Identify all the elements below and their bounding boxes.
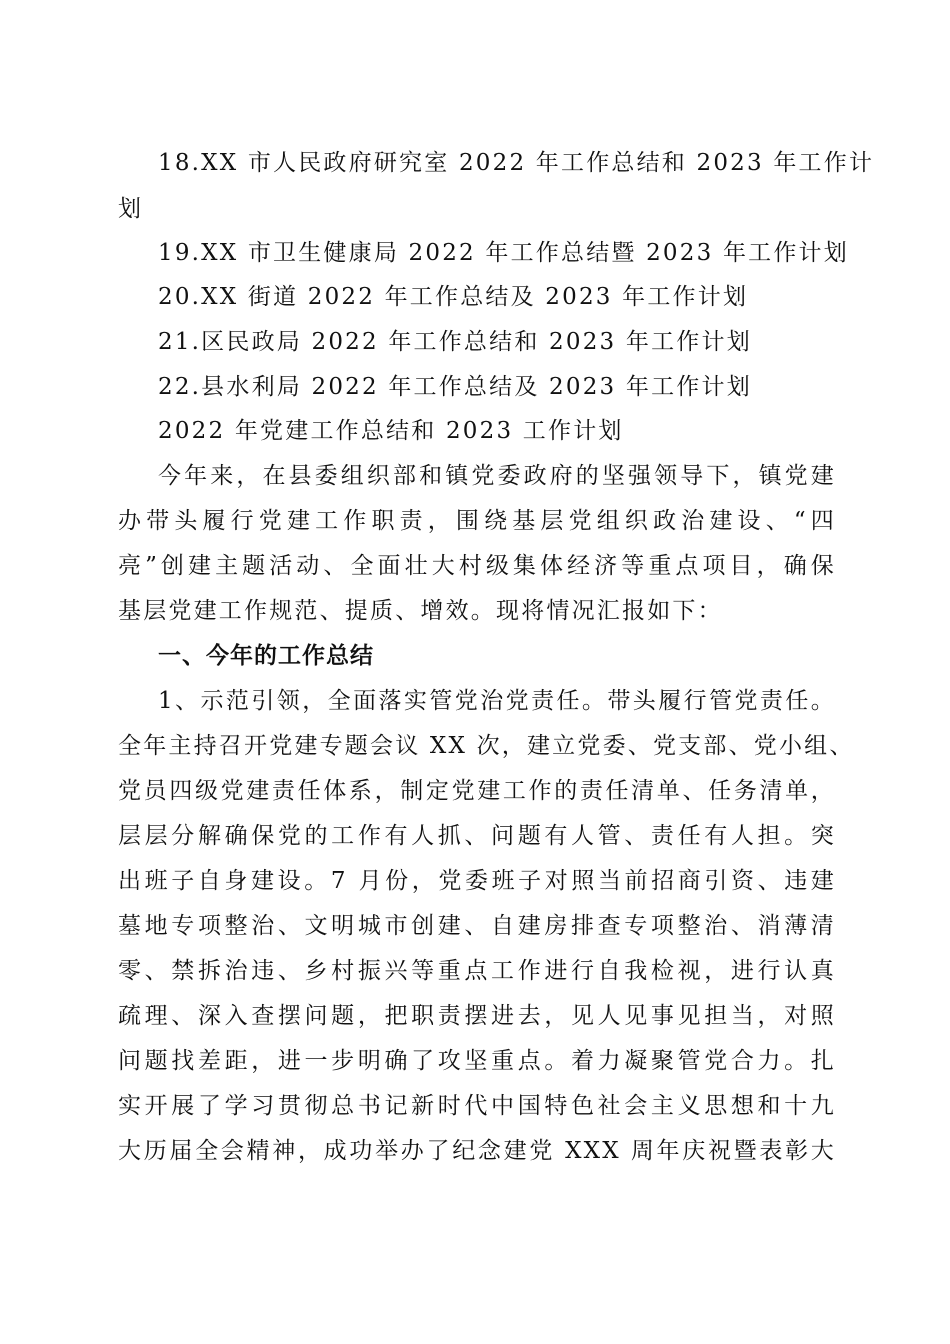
section-paragraph-line: 层层分解确保党的工作有人抓、问题有人管、责任有人担。突 [118,813,836,859]
section-paragraph-line: 零、禁拆治违、乡村振兴等重点工作进行自我检视，进行认真 [118,948,836,994]
section-paragraph-line: 大历届全会精神，成功举办了纪念建党 XXX 周年庆祝暨表彰大 [118,1128,836,1174]
section-paragraph-line: 问题找差距，进一步明确了攻坚重点。着力凝聚管党合力。扎 [118,1038,836,1084]
section-paragraph-line: 墓地专项整治、文明城市创建、自建房排查专项整治、消薄清 [118,903,836,949]
list-item-18-continuation: 划 [118,186,838,232]
intro-paragraph-line: 基层党建工作规范、提质、增效。现将情况汇报如下： [118,588,838,634]
section-paragraph-line: 疏理、深入查摆问题，把职责摆进去，见人见事见担当，对照 [118,993,836,1039]
document-title: 2022 年党建工作总结和 2023 工作计划 [158,408,878,454]
list-item-21: 21.区民政局 2022 年工作总结和 2023 年工作计划 [158,319,878,365]
section-heading: 一、今年的工作总结 [158,633,878,679]
list-item-20: 20.XX 街道 2022 年工作总结及 2023 年工作计划 [158,274,878,320]
intro-paragraph-line: 亮”创建主题活动、全面壮大村级集体经济等重点项目，确保 [118,543,836,589]
section-paragraph-line: 全年主持召开党建专题会议 XX 次，建立党委、党支部、党小组、 [118,723,836,769]
list-item-22: 22.县水利局 2022 年工作总结及 2023 年工作计划 [158,364,878,410]
list-item-18: 18.XX 市人民政府研究室 2022 年工作总结和 2023 年工作计 [158,140,878,186]
intro-paragraph-line: 今年来，在县委组织部和镇党委政府的坚强领导下，镇党建 [158,453,836,499]
section-paragraph-line: 实开展了学习贯彻总书记新时代中国特色社会主义思想和十九 [118,1083,836,1129]
intro-paragraph-line: 办带头履行党建工作职责，围绕基层党组织政治建设、“四 [118,498,836,544]
section-paragraph-line: 党员四级党建责任体系，制定党建工作的责任清单、任务清单， [118,768,836,814]
list-item-19: 19.XX 市卫生健康局 2022 年工作总结暨 2023 年工作计划 [158,230,878,276]
section-paragraph-line: 出班子自身建设。7 月份，党委班子对照当前招商引资、违建 [118,858,836,904]
document-page: 18.XX 市人民政府研究室 2022 年工作总结和 2023 年工作计 划 1… [0,0,950,1344]
section-paragraph-line: 1、示范引领，全面落实管党治党责任。带头履行管党责任。 [158,678,836,724]
